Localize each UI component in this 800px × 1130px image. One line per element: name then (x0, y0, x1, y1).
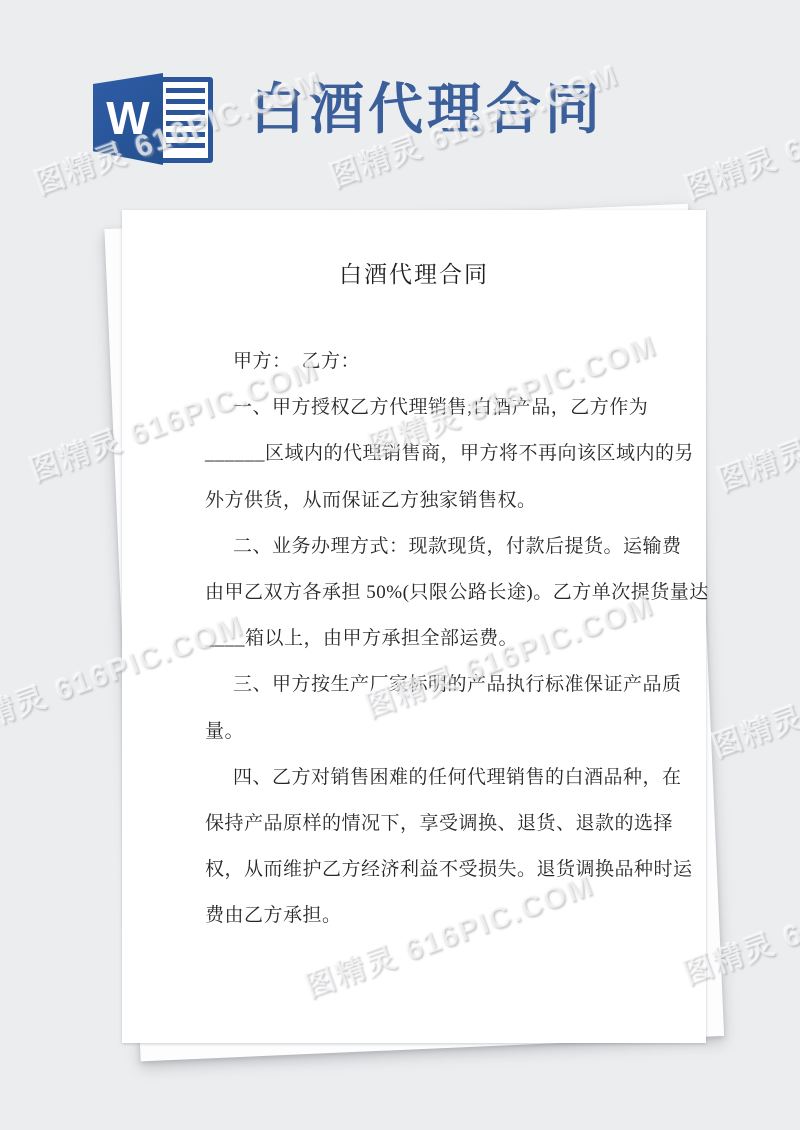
contract-body: 甲方： 乙方： 一、甲方授权乙方代理销售;白酒产品，乙方作为 ______区域内… (205, 339, 666, 939)
word-icon-text-lines (166, 88, 205, 153)
header: W 白酒代理合同 (0, 0, 800, 190)
contract-title: 白酒代理合同 (122, 210, 706, 289)
page-background: W 白酒代理合同 白酒代理合同 甲方： 乙方： 一、甲方授权乙方代理销售;白酒产… (0, 0, 800, 1130)
contract-line: 一、甲方授权乙方代理销售;白酒产品，乙方作为 (205, 385, 666, 431)
contract-line: ______区域内的代理销售商，甲方将不再向该区域内的另 (205, 431, 666, 477)
contract-line: 二、业务办理方式：现款现货，付款后提货。运输费 (205, 524, 666, 570)
contract-line: 四、乙方对销售困难的任何代理销售的白酒品种，在 (205, 755, 666, 801)
contract-line: 量。 (205, 709, 666, 755)
contract-document: 白酒代理合同 甲方： 乙方： 一、甲方授权乙方代理销售;白酒产品，乙方作为 __… (122, 210, 706, 1043)
contract-line: 由甲乙双方各承担 50%(只限公路长途)。乙方单次提货量达 (205, 570, 666, 616)
contract-line: 保持产品原样的情况下，享受调换、退货、退款的选择 (205, 801, 666, 847)
watermark: 图精灵 616PIC.COM (704, 620, 800, 766)
contract-line: ____箱以上，由甲方承担全部运费。 (205, 616, 666, 662)
contract-line-parties: 甲方： 乙方： (205, 339, 666, 385)
word-icon-letter: W (106, 95, 149, 143)
contract-line: 费由乙方承担。 (205, 893, 666, 939)
contract-line: 三、甲方按生产厂家标明的产品执行标准保证产品质 (205, 662, 666, 708)
page-title: 白酒代理合同 (250, 80, 604, 141)
watermark: 图精灵 616PIC.COM (710, 354, 800, 500)
contract-line: 外方供货，从而保证乙方独家销售权。 (205, 478, 666, 524)
word-icon-w-panel: W (93, 73, 163, 165)
word-icon: W (93, 73, 215, 165)
contract-line: 权，从而维护乙方经济利益不受损失。退货调换品种时运 (205, 847, 666, 893)
